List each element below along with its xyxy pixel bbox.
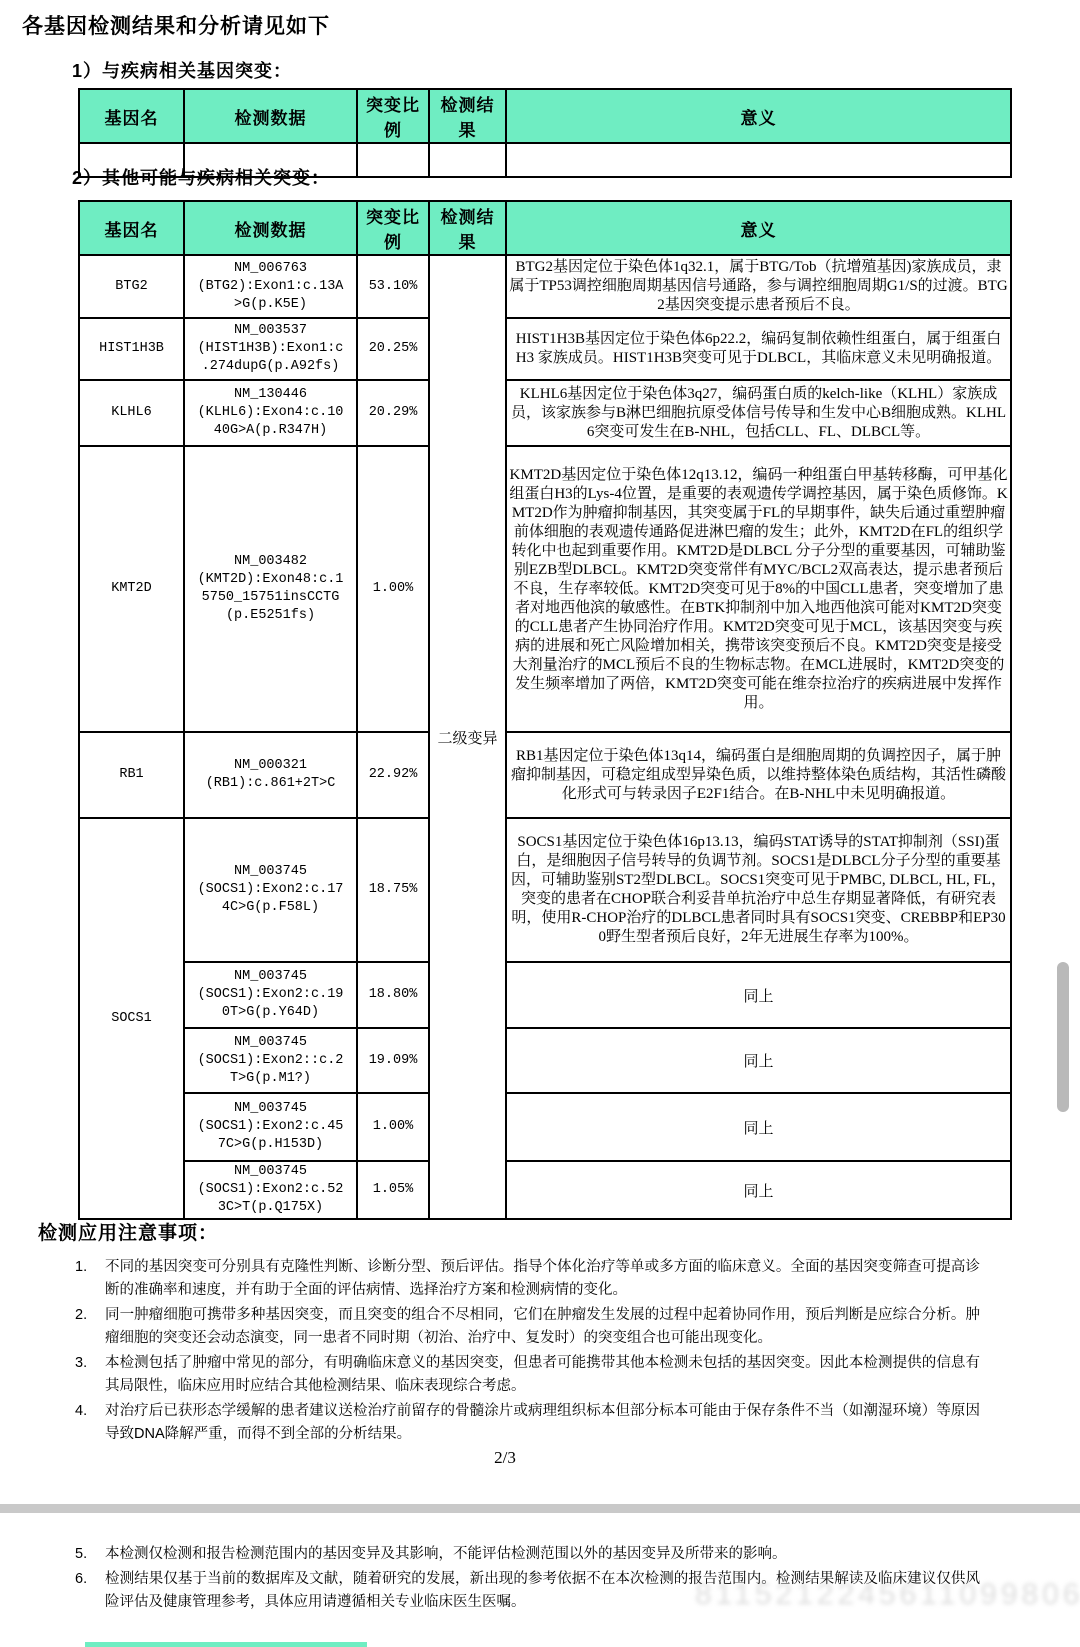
column-header-result: 检测结果 <box>429 89 506 143</box>
column-header-gene: 基因名 <box>79 201 184 255</box>
gene-name-merged-cell: SOCS1 <box>79 818 184 1219</box>
notes-title: 检测应用注意事项： <box>38 1218 218 1245</box>
meaning-cell: 同上 <box>506 962 1011 1028</box>
meaning-cell: 同上 <box>506 1028 1011 1093</box>
meaning-cell: RB1基因定位于染色体13q14，编码蛋白是细胞周期的负调控因子，属于肿瘤抑制基… <box>506 732 1011 818</box>
table-header-row: 基因名 检测数据 突变比例 检测结果 意义 <box>79 89 1011 143</box>
detection-data-cell: NM_003745 (SOCS1):Exon2::c.2 T>G(p.M1?) <box>184 1028 357 1093</box>
table-row-kmt2d: KMT2D NM_003482 (KMT2D):Exon48:c.1 5750_… <box>79 446 1011 732</box>
gene-name-cell: KLHL6 <box>79 380 184 446</box>
gene-name-cell: KMT2D <box>79 446 184 732</box>
table-row-rb1: RB1 NM_000321 (RB1):c.861+2T>C 22.92% RB… <box>79 732 1011 818</box>
column-header-ratio: 突变比例 <box>357 89 429 143</box>
watermark: 8115212245611099806 <box>695 1578 1075 1612</box>
note-text: 对治疗后已获形态学缓解的患者建议送检治疗前留存的骨髓涂片或病理组织标本但部分标本… <box>105 1400 980 1446</box>
mutation-ratio-cell: 1.05% <box>357 1161 429 1219</box>
table-row-hist1h3b: HIST1H3B NM_003537 (HIST1H3B):Exon1:c .2… <box>79 318 1011 380</box>
notes-list: 1. 不同的基因突变可分别具有克隆性判断、诊断分型、预后评估。指导个体化治疗等单… <box>75 1256 980 1448</box>
mutation-ratio-cell: 20.29% <box>357 380 429 446</box>
meaning-cell: 同上 <box>506 1161 1011 1219</box>
page-separator-band <box>0 1504 1080 1513</box>
detection-data-cell: NM_003745 (SOCS1):Exon2:c.17 4C>G(p.F58L… <box>184 818 357 962</box>
section-label-other-mutations: 2）其他可能与疾病相关突变： <box>72 164 330 190</box>
gene-name-cell: HIST1H3B <box>79 318 184 380</box>
detection-result-cell <box>429 143 506 177</box>
detection-data-cell: NM_003745 (SOCS1):Exon2:c.52 3C>T(p.Q175… <box>184 1161 357 1219</box>
mutation-ratio-cell: 1.00% <box>357 1093 429 1161</box>
note-item: 1. 不同的基因突变可分别具有克隆性判断、诊断分型、预后评估。指导个体化治疗等单… <box>75 1256 980 1302</box>
note-item: 4. 对治疗后已获形态学缓解的患者建议送检治疗前留存的骨髓涂片或病理组织标本但部… <box>75 1400 980 1446</box>
mutation-ratio-cell: 20.25% <box>357 318 429 380</box>
column-header-data: 检测数据 <box>184 201 357 255</box>
next-page-table-edge <box>85 1642 367 1647</box>
note-item: 5. 本检测仅检测和报告检测范围内的基因变异及其影响，不能评估检测范围以外的基因… <box>75 1543 980 1566</box>
meaning-cell: HIST1H3B基因定位于染色体6p22.2，编码复制依赖性组蛋白，属于组蛋白 … <box>506 318 1011 380</box>
table-row-socs1-5: NM_003745 (SOCS1):Exon2:c.52 3C>T(p.Q175… <box>79 1161 1011 1219</box>
note-number: 3. <box>75 1352 105 1398</box>
detection-data-cell: NM_130446 (KLHL6):Exon4:c.10 40G>A(p.R34… <box>184 380 357 446</box>
detection-data-cell: NM_000321 (RB1):c.861+2T>C <box>184 732 357 818</box>
detection-data-cell: NM_003745 (SOCS1):Exon2:c.45 7C>G(p.H153… <box>184 1093 357 1161</box>
mutation-ratio-cell <box>357 143 429 177</box>
table-row-socs1-3: NM_003745 (SOCS1):Exon2::c.2 T>G(p.M1?) … <box>79 1028 1011 1093</box>
table-row-socs1-4: NM_003745 (SOCS1):Exon2:c.45 7C>G(p.H153… <box>79 1093 1011 1161</box>
meaning-cell: KLHL6基因定位于染色体3q27，编码蛋白质的kelch-like（KLHL）… <box>506 380 1011 446</box>
note-number: 6. <box>75 1568 105 1614</box>
column-header-ratio: 突变比例 <box>357 201 429 255</box>
meaning-cell: 同上 <box>506 1093 1011 1161</box>
note-number: 2. <box>75 1304 105 1350</box>
table-header-row: 基因名 检测数据 突变比例 检测结果 意义 <box>79 201 1011 255</box>
table-row-btg2: BTG2 NM_006763 (BTG2):Exon1:c.13A >G(p.K… <box>79 255 1011 318</box>
mutation-ratio-cell: 19.09% <box>357 1028 429 1093</box>
note-text: 不同的基因突变可分别具有克隆性判断、诊断分型、预后评估。指导个体化治疗等单或多方… <box>105 1256 980 1302</box>
note-number: 1. <box>75 1256 105 1302</box>
note-item: 2. 同一肿瘤细胞可携带多种基因突变，而且突变的组合不尽相同，它们在肿瘤发生发展… <box>75 1304 980 1350</box>
page-number: 2/3 <box>0 1448 1010 1468</box>
column-header-meaning: 意义 <box>506 89 1011 143</box>
note-text: 同一肿瘤细胞可携带多种基因突变，而且突变的组合不尽相同，它们在肿瘤发生发展的过程… <box>105 1304 980 1350</box>
meaning-cell: BTG2基因定位于染色体1q32.1，属于BTG/Tob（抗增殖基因)家族成员，… <box>506 255 1011 318</box>
detection-data-cell: NM_003482 (KMT2D):Exon48:c.1 5750_15751i… <box>184 446 357 732</box>
table-row-socs1-1: SOCS1 NM_003745 (SOCS1):Exon2:c.17 4C>G(… <box>79 818 1011 962</box>
column-header-result: 检测结果 <box>429 201 506 255</box>
column-header-meaning: 意义 <box>506 201 1011 255</box>
mutation-ratio-cell: 1.00% <box>357 446 429 732</box>
scrollbar-thumb[interactable] <box>1057 962 1069 1112</box>
detection-data-cell: NM_003537 (HIST1H3B):Exon1:c .274dupG(p.… <box>184 318 357 380</box>
report-page: 各基因检测结果和分析请见如下 1）与疾病相关基因突变： 基因名 检测数据 突变比… <box>0 0 1080 1647</box>
other-mutations-table: 基因名 检测数据 突变比例 检测结果 意义 BTG2 NM_006763 (BT… <box>78 200 1012 1220</box>
column-header-gene: 基因名 <box>79 89 184 143</box>
mutation-ratio-cell: 18.75% <box>357 818 429 962</box>
column-header-data: 检测数据 <box>184 89 357 143</box>
note-text: 本检测包括了肿瘤中常见的部分，有明确临床意义的基因突变，但患者可能携带其他本检测… <box>105 1352 980 1398</box>
gene-name-cell: RB1 <box>79 732 184 818</box>
mutation-ratio-cell: 18.80% <box>357 962 429 1028</box>
table-row-socs1-2: NM_003745 (SOCS1):Exon2:c.19 0T>G(p.Y64D… <box>79 962 1011 1028</box>
note-number: 5. <box>75 1543 105 1566</box>
detection-result-merged-cell: 二级变异 <box>429 255 506 1219</box>
table-row-klhl6: KLHL6 NM_130446 (KLHL6):Exon4:c.10 40G>A… <box>79 380 1011 446</box>
mutation-ratio-cell: 53.10% <box>357 255 429 318</box>
meaning-cell: SOCS1基因定位于染色体16p13.13，编码STAT诱导的STAT抑制剂（S… <box>506 818 1011 962</box>
section-label-disease-related: 1）与疾病相关基因突变： <box>72 57 292 83</box>
gene-name-cell: BTG2 <box>79 255 184 318</box>
note-text: 本检测仅检测和报告检测范围内的基因变异及其影响，不能评估检测范围以外的基因变异及… <box>105 1543 980 1566</box>
meaning-cell <box>506 143 1011 177</box>
note-item: 3. 本检测包括了肿瘤中常见的部分，有明确临床意义的基因突变，但患者可能携带其他… <box>75 1352 980 1398</box>
mutation-ratio-cell: 22.92% <box>357 732 429 818</box>
detection-data-cell: NM_006763 (BTG2):Exon1:c.13A >G(p.K5E) <box>184 255 357 318</box>
page-title: 各基因检测结果和分析请见如下 <box>22 10 330 40</box>
note-number: 4. <box>75 1400 105 1446</box>
detection-data-cell: NM_003745 (SOCS1):Exon2:c.19 0T>G(p.Y64D… <box>184 962 357 1028</box>
meaning-cell: KMT2D基因定位于染色体12q13.12，编码一种组蛋白甲基转移酶，可甲基化组… <box>506 446 1011 732</box>
